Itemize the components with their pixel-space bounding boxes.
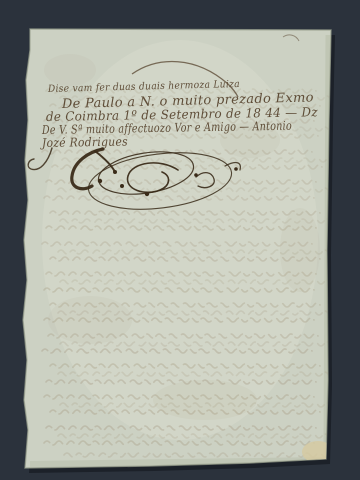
photo-backdrop: Dise vam fer duas duais hermoza Luiza De… bbox=[0, 0, 360, 480]
manuscript-photo: Dise vam fer duas duais hermoza Luiza De… bbox=[0, 0, 360, 480]
